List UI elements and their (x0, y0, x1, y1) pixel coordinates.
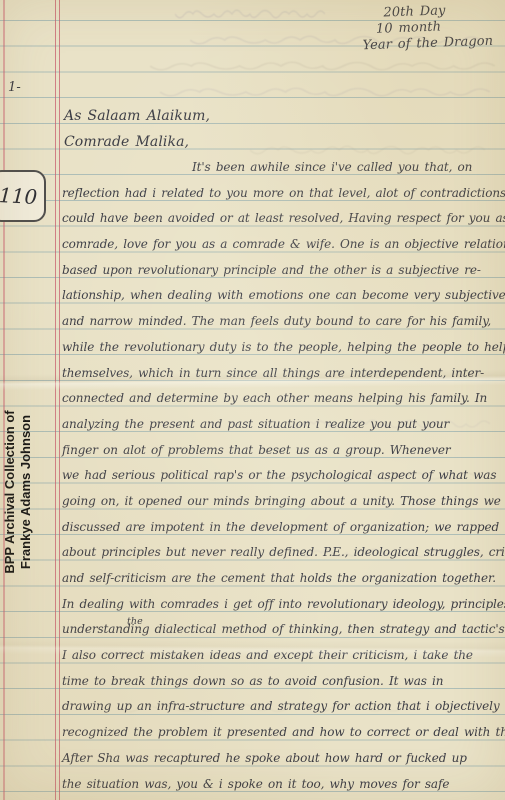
letter-line: drawing up an infra-structure and strate… (62, 694, 505, 720)
archive-collection-label: BPP Archival Collection of Frankye Adams… (2, 383, 42, 601)
page-note: 1- (8, 80, 21, 95)
letter-line: the situation was, you & i spoke on it t… (62, 772, 505, 798)
margin-rule-line (55, 0, 56, 800)
letter-line: comrade, love for you as a comrade & wif… (62, 232, 505, 258)
letter-line: going on, it opened our minds bringing a… (62, 489, 505, 515)
date-line: Year of the Dragon (362, 33, 502, 54)
letter-line: connected and determine by each other me… (62, 386, 505, 412)
letter-line: analyzing the present and past situation… (62, 412, 505, 438)
date-block: 20th Day 10 month Year of the Dragon (351, 1, 503, 54)
letter-line: In dealing with comrades i get off into … (62, 592, 505, 618)
letter-page: 20th Day 10 month Year of the Dragon 1- … (0, 0, 505, 800)
letter-line: finger on alot of problems that beset us… (62, 438, 505, 464)
letter-line: themselves, which in turn since all thin… (62, 361, 505, 387)
letter-line: we had serious political rap's or the ps… (62, 463, 505, 489)
letter-line: while the revolutionary duty is to the p… (62, 335, 505, 361)
letter-line: and self-criticism are the cement that h… (62, 566, 505, 592)
archive-label-line2: Frankye Adams Johnson (18, 383, 34, 601)
bleed-through-ghost-writing (150, 58, 495, 74)
letter-line: reflection had i related to you more on … (62, 181, 505, 207)
letter-line: and narrow minded. The man feels duty bo… (62, 309, 505, 335)
item-number: 110 (0, 183, 38, 209)
bleed-through-ghost-writing (175, 6, 325, 22)
letter-line: recognized the problem it presented and … (62, 720, 505, 746)
letter-body: It's been awhile since i've called you t… (62, 155, 505, 797)
inserted-word: the (127, 616, 143, 627)
letter-line: could have been avoided or at least reso… (62, 206, 505, 232)
letter-line: discussed are impotent in the developmen… (62, 515, 505, 541)
salutation-line2: Comrade Malika, (64, 130, 189, 156)
letter-line: based upon revolutionary principle and t… (62, 258, 505, 284)
letter-line: After Sha was recaptured he spoke about … (62, 746, 505, 772)
salutation-line1: As Salaam Alaikum, (64, 104, 210, 130)
margin-rule-line (59, 0, 60, 800)
bleed-through-ghost-writing (160, 84, 490, 100)
letter-line: lationship, when dealing with emotions o… (62, 283, 505, 309)
letter-line: It's been awhile since i've called you t… (62, 155, 505, 181)
item-number-sticker: 110 (0, 170, 46, 222)
archive-label-line1: BPP Archival Collection of (2, 383, 18, 601)
letter-line: about principles but never really define… (62, 540, 505, 566)
letter-line: I also correct mistaken ideas and except… (62, 643, 505, 669)
letter-line: time to break things down so as to avoid… (62, 669, 505, 695)
